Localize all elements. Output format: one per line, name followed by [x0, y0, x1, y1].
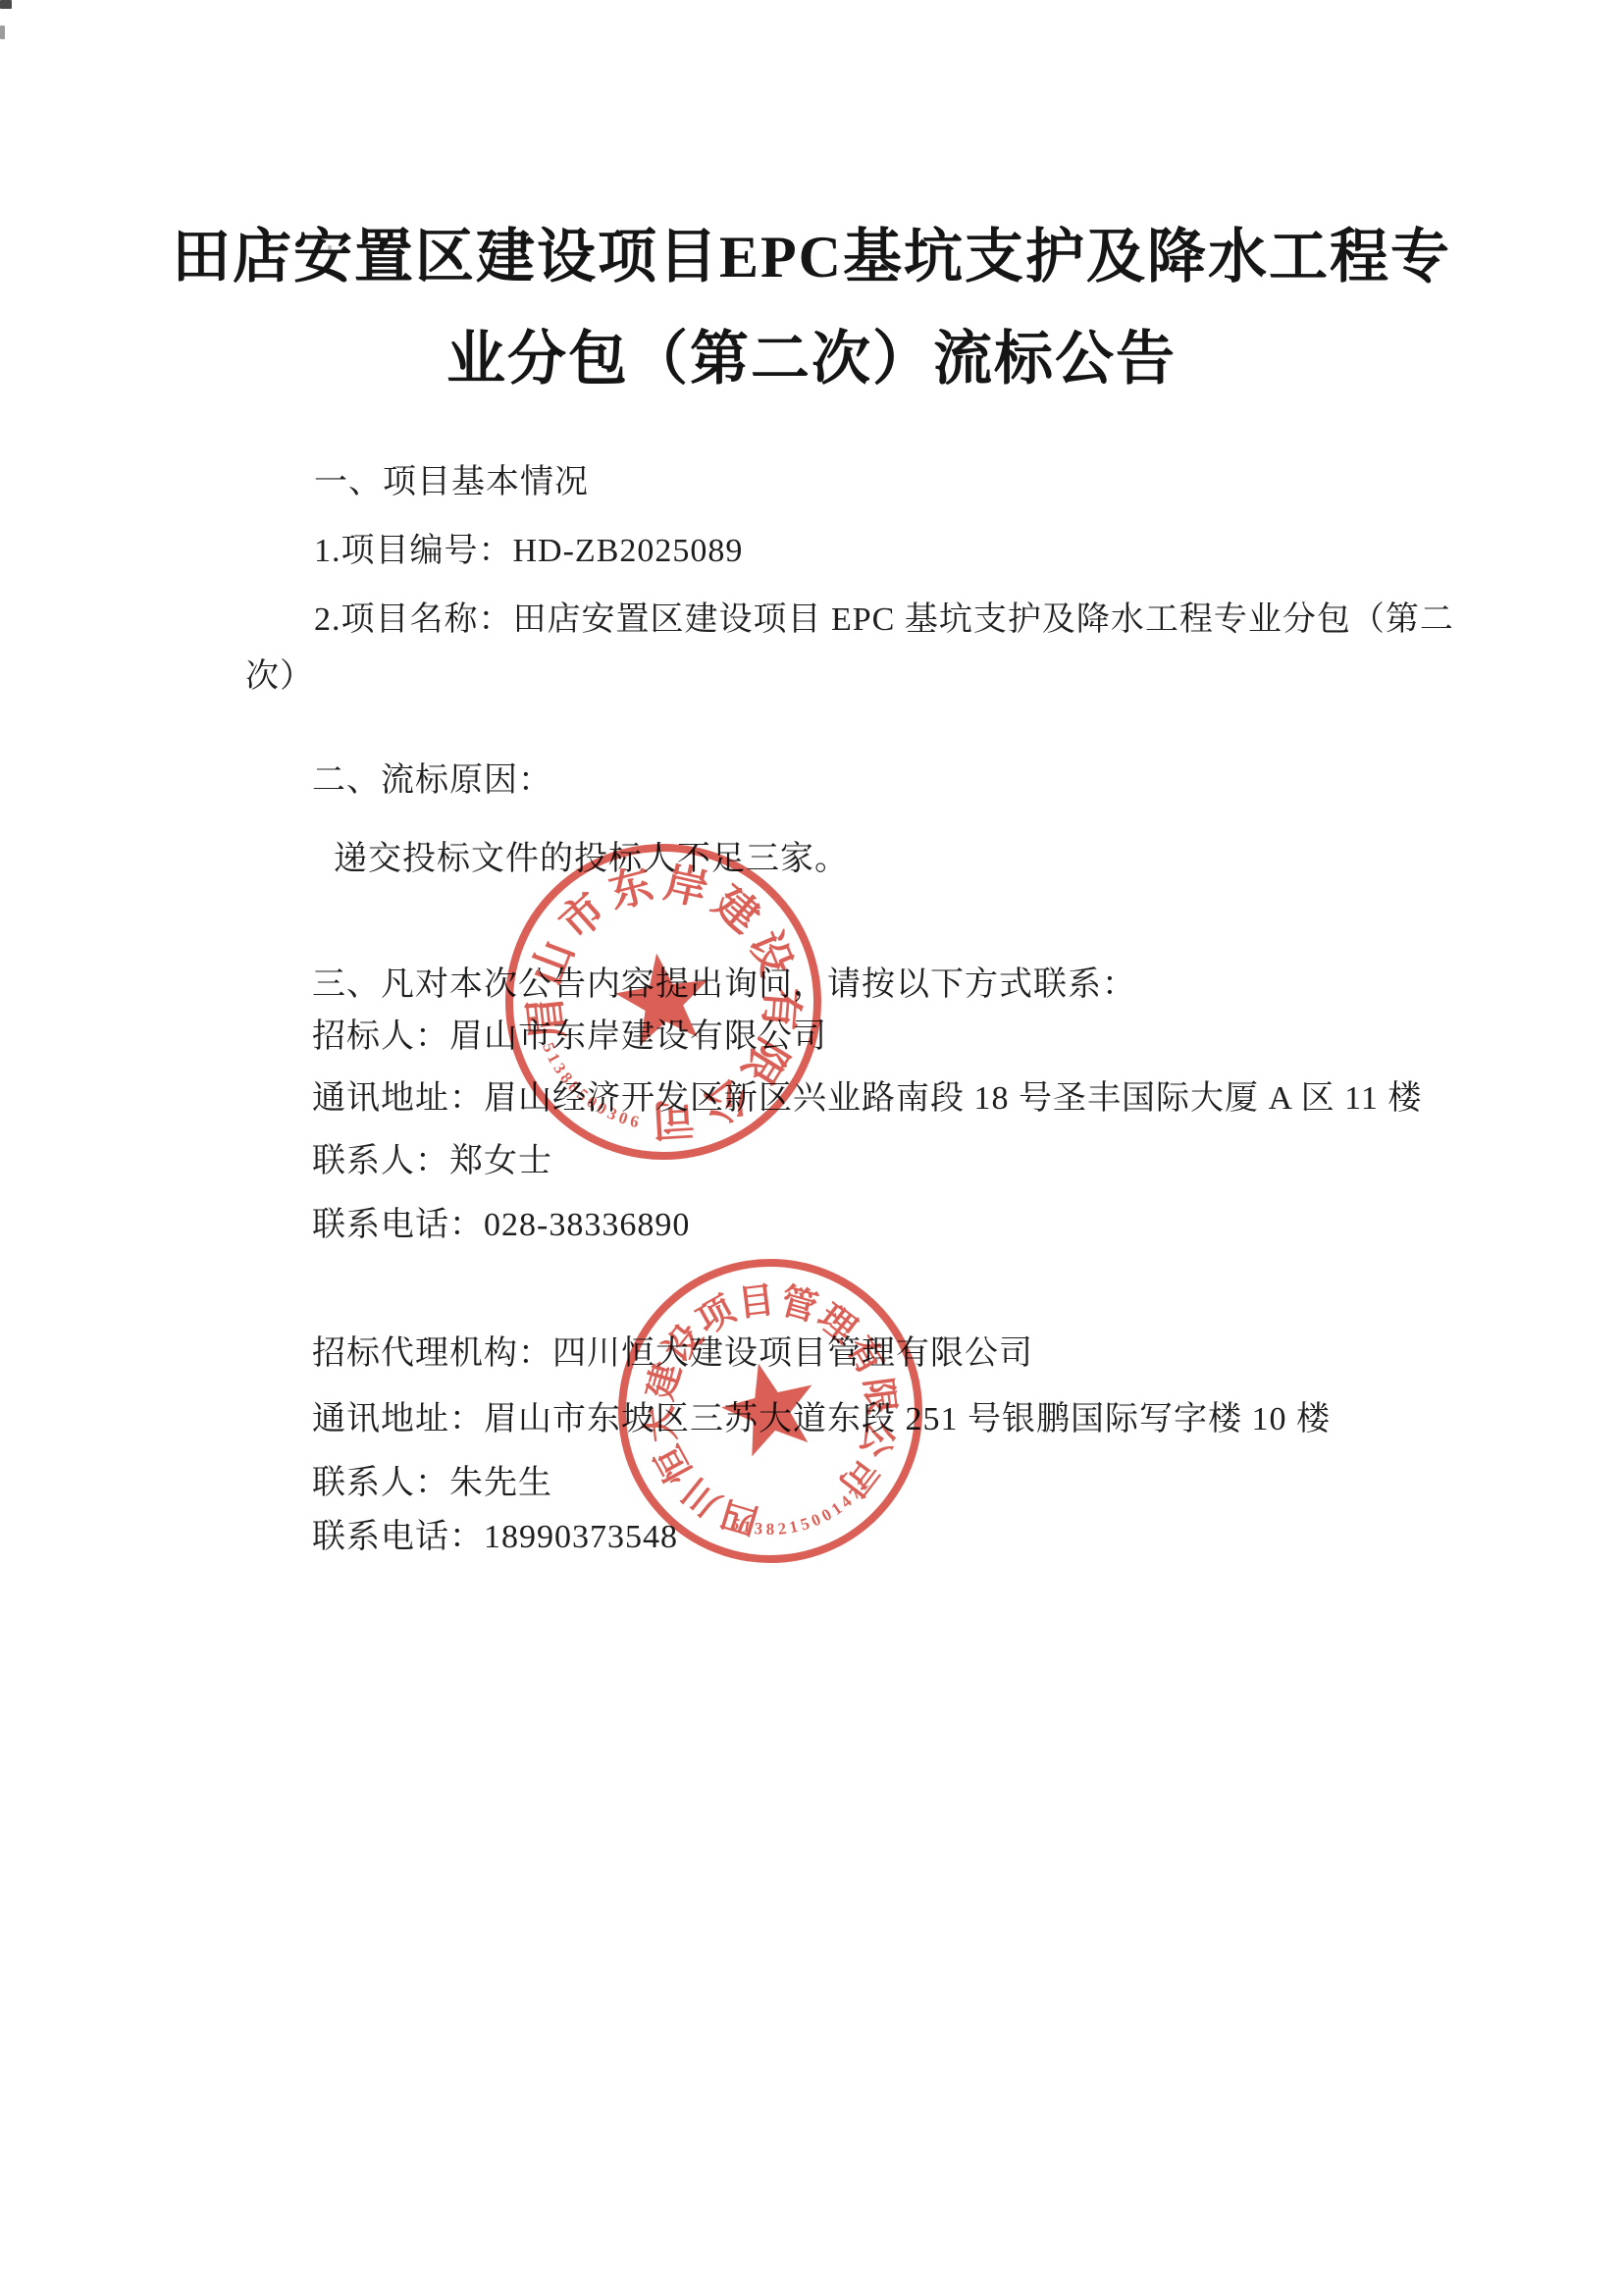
project-number-line: 1.项目编号：HD-ZB2025089: [314, 531, 743, 572]
project-name-line-1: 2.项目名称：田店安置区建设项目 EPC 基坑支护及降水工程专业分包（第二: [314, 600, 1454, 641]
seal-serial-number: 51388500306: [527, 1034, 651, 1146]
seal-ring: 四川恒大建设项目管理有限公司 5138215001471: [608, 1249, 932, 1573]
agency-company-seal: 四川恒大建设项目管理有限公司 5138215001471: [608, 1249, 932, 1573]
section1-heading: 一、项目基本情况: [314, 462, 589, 503]
scan-artifact: [0, 0, 12, 9]
seal-ring: 眉山市东岸建设有限公司 51388500306: [497, 835, 830, 1169]
seal-star-icon: [610, 947, 715, 1048]
tenderee-phone-line: 联系电话：028-38336890: [312, 1205, 690, 1246]
page-title: 田店安置区建设项目EPC基坑支护及降水工程专 业分包（第二次）流标公告: [88, 206, 1535, 410]
scan-artifact: [0, 26, 5, 39]
agency-contact-line: 联系人：朱先生: [312, 1463, 552, 1504]
title-line-2: 业分包（第二次）流标公告: [88, 308, 1535, 410]
seal-graphic: 四川恒大建设项目管理有限公司 5138215001471: [608, 1249, 932, 1573]
seal-star-icon: [713, 1352, 825, 1461]
project-name-line-2: 次）: [245, 656, 314, 698]
seal-graphic: 眉山市东岸建设有限公司 51388500306: [497, 835, 830, 1169]
title-line-1: 田店安置区建设项目EPC基坑支护及降水工程专: [88, 206, 1535, 308]
section2-heading: 二、流标原因：: [312, 760, 552, 802]
tenderee-address-line: 通讯地址：眉山经济开发区新区兴业路南段 18 号圣丰国际大厦 A 区 11 楼: [312, 1078, 1422, 1120]
scanned-document-page: 田店安置区建设项目EPC基坑支护及降水工程专 业分包（第二次）流标公告 一、项目…: [0, 0, 1623, 2296]
tenderee-company-seal: 眉山市东岸建设有限公司 51388500306: [497, 835, 830, 1169]
